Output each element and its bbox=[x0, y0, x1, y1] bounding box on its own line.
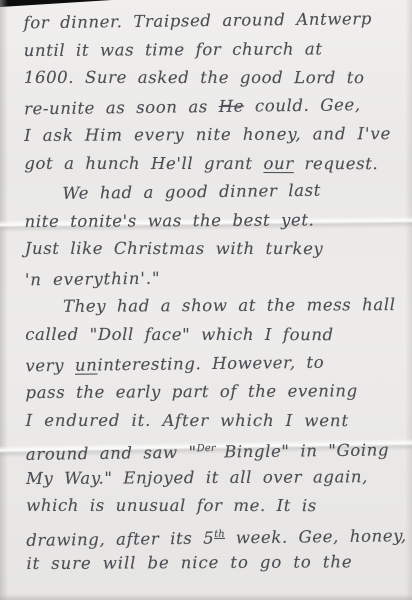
letter-line: re-unite as soon as He could. Gee, bbox=[24, 90, 407, 123]
letter-text: request. bbox=[294, 154, 379, 173]
letter-line: for dinner. Traipsed around Antwerp bbox=[23, 5, 406, 38]
letter-line: My Way." Enjoyed it all over again, bbox=[26, 463, 409, 494]
paper-left-shadow bbox=[0, 0, 8, 600]
letter-line: 'n everythin'." bbox=[25, 262, 408, 295]
letter-text: My Way." Enjoyed it all over again, bbox=[26, 467, 368, 488]
letter-line: I endured it. After which I went bbox=[26, 406, 409, 435]
letter-text-underline: un bbox=[75, 355, 98, 374]
letter-text: it sure will be nice to go to the bbox=[26, 553, 352, 574]
letter-text: nite tonite's was the best yet. bbox=[25, 210, 315, 231]
letter-text: Just like Christmas with turkey bbox=[25, 239, 324, 258]
letter-line: around and saw "Der Bingle" in "Going bbox=[26, 433, 409, 466]
letter-text: interesting. However, to bbox=[97, 352, 324, 374]
letter-text: They had a show at the mess hall bbox=[63, 296, 396, 317]
letter-text: until it was time for church at bbox=[24, 39, 323, 60]
scan-corner-mark bbox=[0, 0, 112, 7]
letter-line: called "Doll face" which I found bbox=[25, 321, 408, 350]
letter-text: could. Gee, bbox=[244, 95, 361, 115]
letter-line: until it was time for church at bbox=[24, 35, 407, 66]
letter-line: which is unusual for me. It is bbox=[26, 492, 409, 521]
letter-text: around and saw " bbox=[26, 443, 197, 464]
letter-text: for dinner. Traipsed around Antwerp bbox=[23, 9, 372, 32]
letter-line: it sure will be nice to go to the bbox=[26, 548, 409, 579]
letter-text: I ask Him every nite honey, and I've bbox=[24, 124, 391, 145]
letter-text: Bingle" in "Going bbox=[224, 441, 389, 462]
letter-text-underline: our bbox=[263, 154, 293, 173]
letter-body: for dinner. Traipsed around Antwerpuntil… bbox=[24, 6, 410, 579]
letter-line: got a hunch He'll grant our request. bbox=[24, 150, 407, 179]
letter-text: 'n everythin'." bbox=[25, 269, 161, 290]
letter-line: very uninteresting. However, to bbox=[25, 347, 408, 380]
letter-text: called "Doll face" which I found bbox=[25, 325, 334, 344]
letter-page: for dinner. Traipsed around Antwerpuntil… bbox=[0, 0, 412, 600]
letter-text: week. Gee, honey, bbox=[225, 526, 407, 547]
letter-text-strike: He bbox=[219, 96, 245, 115]
letter-text-sup: Der bbox=[197, 443, 225, 454]
letter-line: 1600. Sure asked the good Lord to bbox=[24, 64, 407, 93]
paper-bottom-shadow bbox=[0, 594, 412, 600]
letter-line: drawing, after its 5th week. Gee, honey, bbox=[26, 519, 409, 552]
letter-line: nite tonite's was the best yet. bbox=[25, 206, 408, 237]
letter-line: We had a good dinner last bbox=[24, 176, 407, 209]
letter-line: They had a show at the mess hall bbox=[25, 291, 408, 322]
letter-text: We had a good dinner last bbox=[62, 181, 321, 203]
letter-text: drawing, after its 5 bbox=[26, 528, 214, 549]
letter-line: Just like Christmas with turkey bbox=[25, 235, 408, 264]
letter-text-supu: th bbox=[214, 529, 225, 540]
letter-text: pass the early part of the evening bbox=[25, 381, 357, 402]
letter-text: which is unusual for me. It is bbox=[26, 496, 317, 515]
letter-text: I endured it. After which I went bbox=[26, 410, 349, 429]
letter-text: 1600. Sure asked the good Lord to bbox=[24, 68, 365, 87]
letter-line: pass the early part of the evening bbox=[25, 377, 408, 408]
letter-text: re-unite as soon as bbox=[24, 97, 219, 118]
letter-line: I ask Him every nite honey, and I've bbox=[24, 120, 407, 151]
letter-text: got a hunch He'll grant bbox=[24, 154, 263, 173]
letter-text: very bbox=[25, 355, 75, 375]
